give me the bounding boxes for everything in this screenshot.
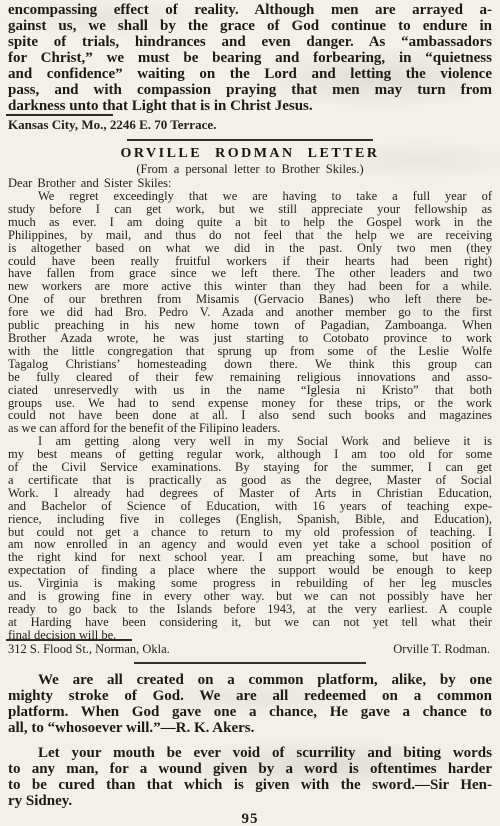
text-line: Let your mouth be ever void of scurrilit… — [8, 745, 492, 761]
letter-title: ORVILLE RODMAN LETTER — [8, 147, 492, 161]
text-line: encompassing effect of reality. Although… — [8, 2, 492, 18]
text-line: platform. When God gave one a chance, He… — [8, 704, 492, 720]
signature-row: 312 S. Flood St., Norman, Okla. Orville … — [8, 643, 492, 656]
text-line: and Bachelor of Science of Education, wi… — [8, 500, 492, 513]
text-line: to any man, for a wound given by a word … — [8, 761, 492, 777]
text-line: Brother Azada wrote, he was just startin… — [8, 332, 492, 345]
sender-name: Orville T. Rodman. — [393, 643, 490, 656]
text-line: to be cured than that which is given wit… — [8, 777, 492, 793]
document-page: encompassing effect of reality. Although… — [0, 0, 500, 826]
text-line: ciated unreservedly with us in the name … — [8, 384, 492, 397]
letter-subtitle: (From a personal letter to Brother Skile… — [8, 162, 492, 176]
text-line: mighty stroke of God. We are all redeeme… — [8, 688, 492, 704]
text-line: much as ever. I am doing quite a bit to … — [8, 216, 492, 229]
quote-paragraph-akers: We are all created on a common platform,… — [8, 672, 492, 736]
text-line: We are all created on a common platform,… — [8, 672, 492, 688]
quote-paragraph-sidney: Let your mouth be ever void of scurrilit… — [8, 745, 492, 809]
text-line: study before I can get work, but we stil… — [8, 203, 492, 216]
text-line: Work. I already had degrees of Master of… — [8, 487, 492, 500]
underline-artifact-darkness-unto — [6, 114, 113, 116]
text-line: all, to “whosoever will.”—R. K. Akers. — [8, 720, 492, 736]
text-line: is altogether based on what we did in th… — [8, 242, 492, 255]
letter-paragraph-2: I am getting along very well in my Socia… — [8, 435, 492, 642]
text-line: a certificate that is practically as goo… — [8, 474, 492, 487]
text-line: of the Civil Service examinations. By st… — [8, 461, 492, 474]
text-line: at Harding have been considering it, but… — [8, 616, 492, 629]
text-line: and confidence” waiting on the Lord and … — [8, 66, 492, 82]
text-line: gainst us, we shall by the grace of God … — [8, 18, 492, 34]
text-line: with the little congregation that sprung… — [8, 345, 492, 358]
text-line: Tagalog Christians’ homesteading down th… — [8, 358, 492, 371]
text-line: We regret exceedingly that we are having… — [8, 190, 492, 203]
underline-artifact-final-decision — [6, 639, 132, 641]
text-line: pass, and with compassion praying that m… — [8, 82, 492, 98]
section-divider — [134, 662, 366, 664]
letter-paragraph-1: We regret exceedingly that we are having… — [8, 190, 492, 435]
sender-address: 312 S. Flood St., Norman, Okla. — [8, 643, 170, 656]
text-line: spite of trials, hindrances and even dan… — [8, 34, 492, 50]
text-line: rience, including five in colleges (Engl… — [8, 513, 492, 526]
text-line: Philippines, by mail, and thus do not fe… — [8, 229, 492, 242]
text-line: darkness unto that Light that is in Chri… — [8, 98, 492, 114]
section-divider — [127, 139, 373, 141]
text-line: be fully cleared of their few remaining … — [8, 371, 492, 384]
text-line: ry Sidney. — [8, 793, 492, 809]
text-line: for Christ,” we must be bearing and forb… — [8, 50, 492, 66]
text-line: ready to go back to the Islands before 1… — [8, 603, 492, 616]
dateline-kansas-city: Kansas City, Mo., 2246 E. 70 Terrace. — [8, 118, 492, 132]
page-number: 95 — [8, 811, 492, 826]
opening-paragraph: encompassing effect of reality. Although… — [8, 2, 492, 114]
